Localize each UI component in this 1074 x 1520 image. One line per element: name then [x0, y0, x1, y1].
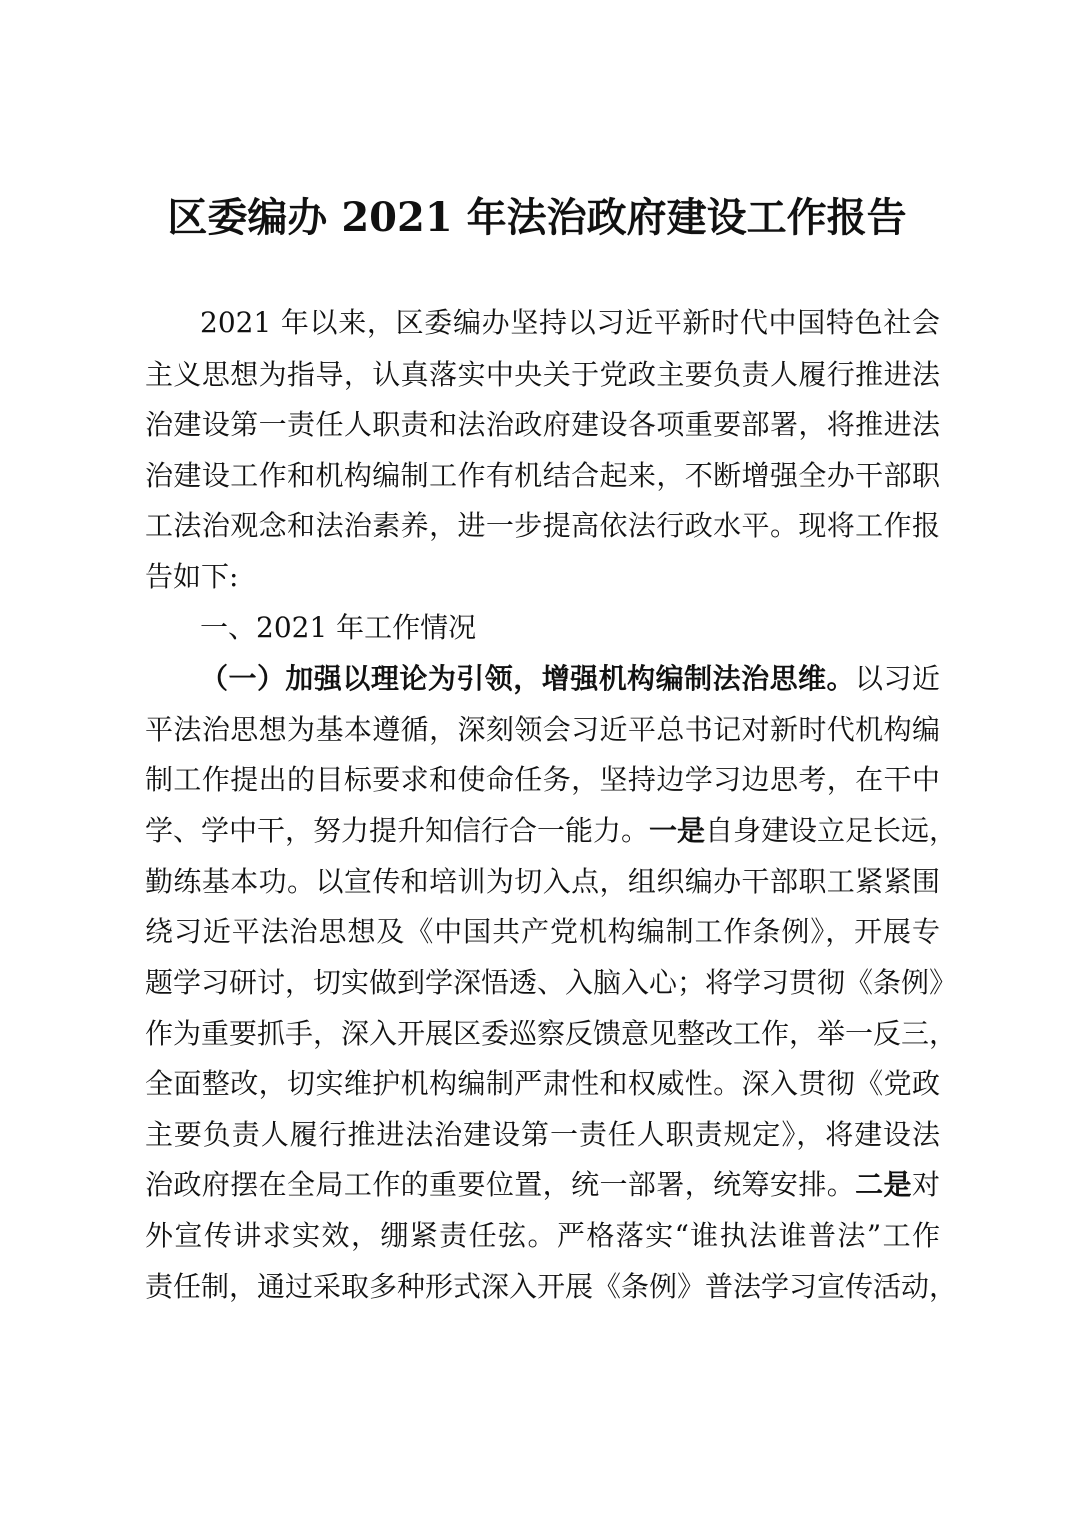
- paragraph-line: 责任制，通过采取多种形式深入开展《条例》普法学习宣传活动，: [145, 1267, 940, 1307]
- subsection-heading: （一）加强以理论为引领，增强机构编制法治思维。: [200, 662, 855, 695]
- paragraph-line: 2021 年以来，区委编办坚持以习近平新时代中国特色社会: [200, 303, 940, 343]
- paragraph-line: 制工作提出的目标要求和使命任务，坚持边学习边思考，在干中: [145, 760, 940, 800]
- document-page: 区委编办 2021 年法治政府建设工作报告 2021 年以来，区委编办坚持以习近…: [0, 0, 1074, 1520]
- line-text: 告如下:: [145, 560, 238, 593]
- line-text: 学、学中干，努力提升知信行合一能力。: [145, 814, 649, 847]
- line-text: 主要负责人履行推进法治建设第一责任人职责规定》，将建设法: [145, 1118, 940, 1151]
- line-text: 责任制，通过采取多种形式深入开展《条例》普法学习宣传活动，: [145, 1270, 957, 1303]
- line-text: 全面整改，切实维护机构编制严肃性和权威性。深入贯彻《党政: [145, 1067, 940, 1100]
- line-text: 工法治观念和法治素养，进一步提高依法行政水平。现将工作报: [145, 509, 940, 542]
- point-marker: 一是: [649, 814, 705, 847]
- line-text: 治建设工作和机构编制工作有机结合起来，不断增强全办干部职: [145, 459, 940, 492]
- paragraph-line: 题学习研讨，切实做到学深悟透、入脑入心；将学习贯彻《条例》: [145, 963, 940, 1003]
- paragraph-line: 平法治思想为基本遵循，深刻领会习近平总书记对新时代机构编: [145, 710, 940, 750]
- line-text: 2021 年以来，区委编办坚持以习近平新时代中国特色社会: [200, 306, 940, 339]
- line-text: 题学习研讨，切实做到学深悟透、入脑入心；将学习贯彻《条例》: [145, 966, 957, 999]
- paragraph-line: 外宣传讲求实效，绷紧责任弦。严格落实“谁执法谁普法”工作: [145, 1216, 940, 1256]
- line-text: 外宣传讲求实效，绷紧责任弦。严格落实“谁执法谁普法”工作: [145, 1219, 940, 1252]
- subsection-heading-line: （一）加强以理论为引领，增强机构编制法治思维。以习近: [200, 659, 940, 699]
- paragraph-line: 工法治观念和法治素养，进一步提高依法行政水平。现将工作报: [145, 506, 940, 546]
- point-marker: 二是: [855, 1168, 912, 1201]
- line-text: 勤练基本功。以宣传和培训为切入点，组织编办干部职工紧紧围: [145, 865, 940, 898]
- line-text: 自身建设立足长远，: [705, 814, 957, 847]
- paragraph-line: 主要负责人履行推进法治建设第一责任人职责规定》，将建设法: [145, 1115, 940, 1155]
- paragraph-line: 作为重要抓手，深入开展区委巡察反馈意见整改工作，举一反三，: [145, 1014, 940, 1054]
- line-text: 平法治思想为基本遵循，深刻领会习近平总书记对新时代机构编: [145, 713, 940, 746]
- paragraph-line: 主义思想为指导，认真落实中央关于党政主要负责人履行推进法: [145, 355, 940, 395]
- paragraph-line: 勤练基本功。以宣传和培训为切入点，组织编办干部职工紧紧围: [145, 862, 940, 902]
- line-text: 作为重要抓手，深入开展区委巡察反馈意见整改工作，举一反三，: [145, 1017, 957, 1050]
- line-text: 制工作提出的目标要求和使命任务，坚持边学习边思考，在干中: [145, 763, 940, 796]
- section-heading: 一、2021 年工作情况: [200, 608, 940, 648]
- paragraph-line: 学、学中干，努力提升知信行合一能力。一是自身建设立足长远，: [145, 811, 940, 851]
- paragraph-line: 告如下:: [145, 557, 940, 597]
- heading-text: 一、2021 年工作情况: [200, 611, 476, 644]
- paragraph-line: 绕习近平法治思想及《中国共产党机构编制工作条例》，开展专: [145, 912, 940, 952]
- line-text: 绕习近平法治思想及《中国共产党机构编制工作条例》，开展专: [145, 915, 940, 948]
- paragraph-line: 治政府摆在全局工作的重要位置，统一部署，统筹安排。二是对: [145, 1165, 940, 1205]
- line-text: 对: [912, 1168, 940, 1201]
- paragraph-line: 治建设第一责任人职责和法治政府建设各项重要部署，将推进法: [145, 405, 940, 445]
- line-text: 主义思想为指导，认真落实中央关于党政主要负责人履行推进法: [145, 358, 940, 391]
- line-text: 治政府摆在全局工作的重要位置，统一部署，统筹安排。: [145, 1168, 855, 1201]
- paragraph-line: 全面整改，切实维护机构编制严肃性和权威性。深入贯彻《党政: [145, 1064, 940, 1104]
- document-title: 区委编办 2021 年法治政府建设工作报告: [0, 188, 1074, 248]
- line-text: 以习近: [855, 662, 940, 695]
- paragraph-line: 治建设工作和机构编制工作有机结合起来，不断增强全办干部职: [145, 456, 940, 496]
- line-text: 治建设第一责任人职责和法治政府建设各项重要部署，将推进法: [145, 408, 940, 441]
